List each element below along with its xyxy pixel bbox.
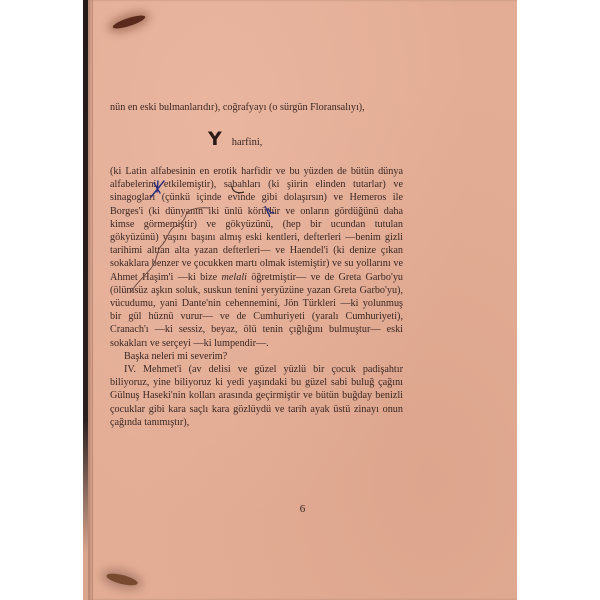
section-heading: Y harfini,	[208, 128, 408, 150]
italic-word: melali	[222, 272, 247, 283]
paragraph-2: Başka neleri mi severim?	[110, 350, 403, 363]
rust-stain-top	[112, 13, 147, 31]
heading-text: harfini,	[232, 137, 263, 148]
paragraph-3: IV. Mehmet'i (av delisi ve güzel yüzlü b…	[110, 363, 403, 429]
page-number: 6	[88, 503, 517, 515]
intro-paragraph: nün en eski bulmanlarıdır), coğrafyayı (…	[110, 101, 403, 114]
intro-text: nün en eski bulmanlarıdır), coğrafyayı (…	[110, 101, 403, 114]
rust-stain-bottom	[105, 571, 138, 587]
paragraph-1-part-a: (ki Latin alfabesinin en erotik harfidir…	[110, 166, 403, 283]
heading-letter: Y	[208, 128, 222, 150]
paragraph-1-part-b: öğretmiştir— ve de Greta Garbo'yu (ölüms…	[110, 272, 403, 349]
body-text: (ki Latin alfabesinin en erotik harfidir…	[110, 165, 403, 429]
paragraph-1: (ki Latin alfabesinin en erotik harfidir…	[110, 165, 403, 350]
